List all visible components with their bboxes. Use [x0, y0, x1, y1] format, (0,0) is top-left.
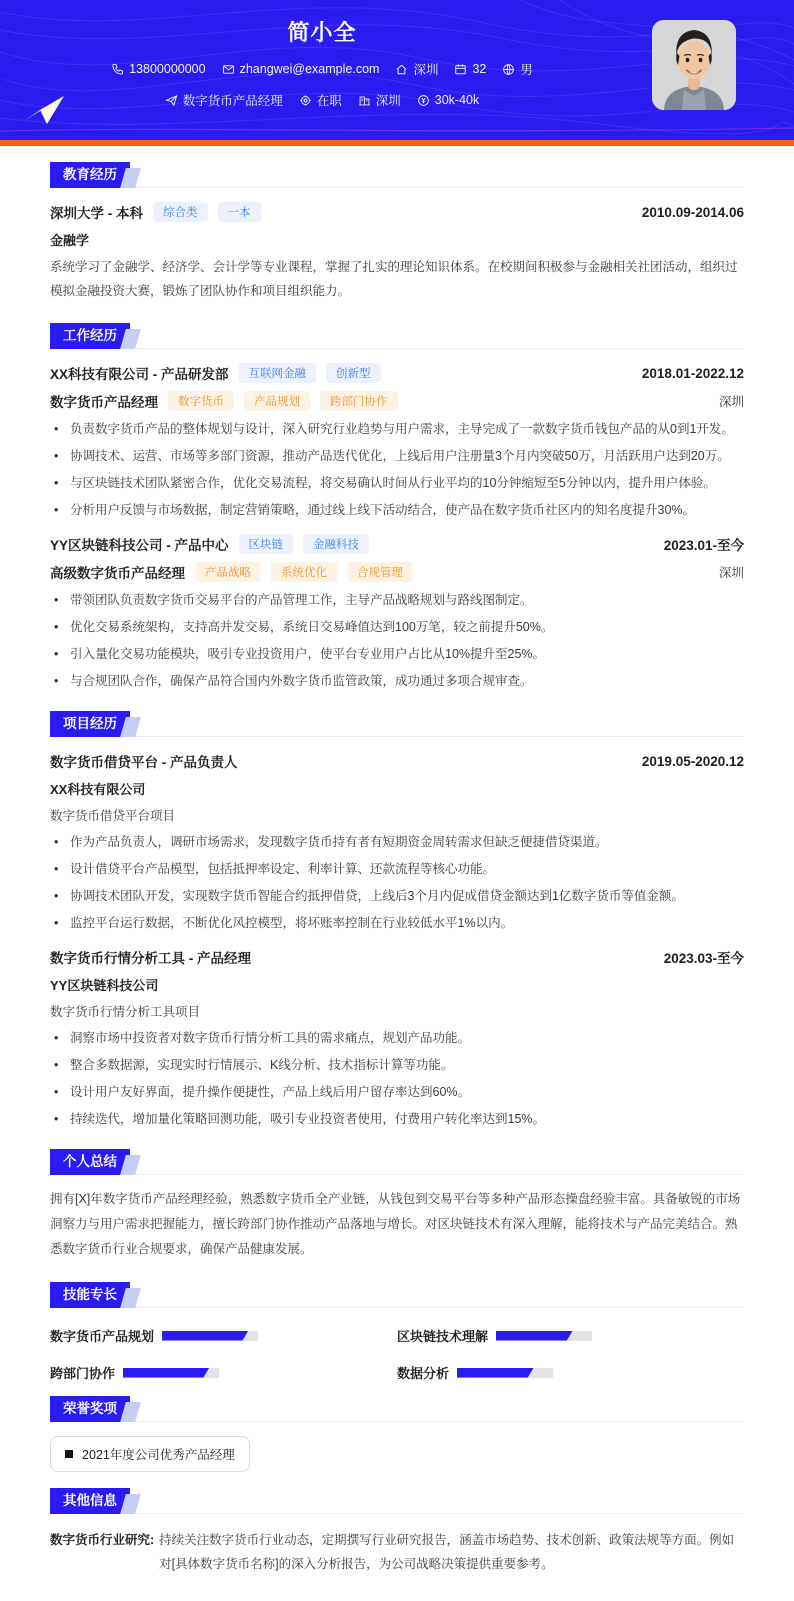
project-company: XX科技有限公司 [50, 779, 744, 798]
other-info-text: 持续关注数字货币行业动态，定期撰写行业研究报告，涵盖市场趋势、技术创新、政策法规… [159, 1528, 744, 1576]
section-badge-education: 教育经历 [50, 162, 130, 188]
section-summary: 个人总结 [50, 1149, 744, 1175]
work-bullet-list: 负责数字货币产品的整体规划与设计，深入研究行业趋势与用户需求，主导完成了一款数字… [50, 419, 744, 520]
skill-name: 跨部门协作 [50, 1363, 115, 1382]
skill-bar-fill [162, 1331, 248, 1341]
accent-divider [0, 140, 794, 146]
contact-age: 32 [454, 62, 486, 76]
age-icon [454, 63, 467, 76]
project-subtitle: 数字货币借贷平台项目 [50, 806, 744, 824]
skill-bar-fill [123, 1368, 209, 1378]
skill-bar [457, 1368, 553, 1378]
project-bullet-list: 作为产品负责人，调研市场需求，发现数字货币持有者有短期资金周转需求但缺乏便捷借贷… [50, 832, 744, 933]
contact-salary: 30k-40k [417, 93, 479, 107]
school-name: 深圳大学 - 本科 [50, 202, 143, 222]
skill-bar [496, 1331, 592, 1341]
position-icon [165, 94, 178, 107]
project-bullet-list: 洞察市场中投资者对数字货币行情分析工具的需求痛点，规划产品功能。 整合多数据源，… [50, 1028, 744, 1129]
job-tag: 产品战略 [195, 562, 261, 582]
contact-status: 在职 [299, 91, 342, 109]
status-icon [299, 94, 312, 107]
city-icon [358, 94, 371, 107]
section-skills: 技能专长 [50, 1282, 744, 1308]
resume-body: 教育经历 深圳大学 - 本科 综合类 一本 2010.09-2014.06 金融… [0, 162, 794, 1576]
salary-icon [417, 94, 430, 107]
project-entry-header: 数字货币借贷平台 - 产品负责人 2019.05-2020.12 [50, 751, 744, 771]
skill-name: 数据分析 [397, 1363, 449, 1382]
skills-grid: 数字货币产品规划 区块链技术理解 跨部门协作 数据分析 [50, 1326, 744, 1382]
project-title: 数字货币行情分析工具 - 产品经理 [50, 947, 251, 967]
contact-row-1: 13800000000 zhangwei@example.com 深圳 32 男 [60, 60, 584, 78]
company-tag: 区块链 [239, 534, 294, 554]
mail-icon [222, 63, 235, 76]
other-info-row: 数字货币行业研究: 持续关注数字货币行业动态，定期撰写行业研究报告，涵盖市场趋势… [50, 1528, 744, 1576]
skill-item: 区块链技术理解 [397, 1326, 744, 1345]
section-badge-skills: 技能专长 [50, 1282, 130, 1308]
education-description: 系统学习了金融学、经济学、会计学等专业课程，掌握了扎实的理论知识体系。在校期间积… [50, 255, 744, 303]
section-badge-other: 其他信息 [50, 1488, 130, 1514]
project-date: 2023.03-至今 [664, 947, 744, 967]
work-bullet: 协调技术、运营、市场等多部门资源，推动产品迭代优化，上线后用户注册量3个月内突破… [50, 446, 744, 466]
skill-bar [162, 1331, 258, 1341]
project-entry-header: 数字货币行情分析工具 - 产品经理 2023.03-至今 [50, 947, 744, 967]
job-tag: 合规管理 [347, 562, 413, 582]
other-info-label: 数字货币行业研究: [50, 1528, 154, 1576]
summary-text: 拥有[X]年数字货币产品经理经验，熟悉数字货币全产业链，从钱包到交易平台等多种产… [50, 1187, 744, 1262]
job-location: 深圳 [719, 392, 744, 410]
project-bullet: 设计借贷平台产品模型，包括抵押率设定、利率计算、还款流程等核心功能。 [50, 859, 744, 879]
project-title: 数字货币借贷平台 - 产品负责人 [50, 751, 238, 771]
company-tag: 创新型 [326, 363, 381, 383]
work-date: 2018.01-2022.12 [642, 366, 744, 381]
work-bullet: 带领团队负责数字货币交易平台的产品管理工作，主导产品战略规划与路线图制定。 [50, 590, 744, 610]
skill-item: 数字货币产品规划 [50, 1326, 397, 1345]
work-bullet: 分析用户反馈与市场数据，制定营销策略，通过线上线下活动结合，使产品在数字货币社区… [50, 500, 744, 520]
education-tag: 一本 [218, 202, 261, 222]
section-work: 工作经历 [50, 323, 744, 349]
job-tag: 产品规划 [244, 391, 310, 411]
home-icon [395, 63, 408, 76]
education-entry-header: 深圳大学 - 本科 综合类 一本 2010.09-2014.06 [50, 202, 744, 222]
section-education: 教育经历 [50, 162, 744, 188]
gender-icon [502, 63, 515, 76]
skill-item: 跨部门协作 [50, 1363, 397, 1382]
section-badge-summary: 个人总结 [50, 1149, 130, 1175]
skill-bar-fill [496, 1331, 573, 1341]
company-tag: 互联网金融 [239, 363, 317, 383]
contact-phone: 13800000000 [111, 62, 205, 76]
education-major: 金融学 [50, 230, 744, 249]
work-entry-header: XX科技有限公司 - 产品研发部 互联网金融 创新型 2018.01-2022.… [50, 363, 744, 383]
phone-icon [111, 63, 124, 76]
skill-bar [123, 1368, 219, 1378]
project-bullet: 协调技术团队开发，实现数字货币智能合约抵押借贷，上线后3个月内促成借贷金额达到1… [50, 886, 744, 906]
job-tag: 跨部门协作 [320, 391, 398, 411]
work-entry-subheader: 高级数字货币产品经理 产品战略 系统优化 合规管理 深圳 [50, 562, 744, 582]
job-title: 高级数字货币产品经理 [50, 562, 185, 582]
work-bullet: 优化交易系统架构，支持高并发交易，系统日交易峰值达到100万笔，较之前提升50%… [50, 617, 744, 637]
job-title: 数字货币产品经理 [50, 391, 158, 411]
project-bullet: 设计用户友好界面，提升操作便捷性，产品上线后用户留存率达到60%。 [50, 1082, 744, 1102]
skill-name: 数字货币产品规划 [50, 1326, 154, 1345]
work-bullet: 引入量化交易功能模块，吸引专业投资用户，使平台专业用户占比从10%提升至25%。 [50, 644, 744, 664]
work-bullet: 负责数字货币产品的整体规划与设计，深入研究行业趋势与用户需求，主导完成了一款数字… [50, 419, 744, 439]
candidate-photo [652, 20, 736, 110]
education-tag: 综合类 [153, 202, 208, 222]
skill-bar-fill [457, 1368, 534, 1378]
header-center-block: 简小全 13800000000 zhangwei@example.com 深圳 … [60, 16, 584, 109]
project-date: 2019.05-2020.12 [642, 754, 744, 769]
section-badge-honors: 荣誉奖项 [50, 1396, 130, 1422]
work-bullet: 与合规团队合作，确保产品符合国内外数字货币监管政策，成功通过多项合规审查。 [50, 671, 744, 691]
project-bullet: 作为产品负责人，调研市场需求，发现数字货币持有者有短期资金周转需求但缺乏便捷借贷… [50, 832, 744, 852]
contact-city: 深圳 [358, 91, 401, 109]
skill-name: 区块链技术理解 [397, 1326, 488, 1345]
work-entry-subheader: 数字货币产品经理 数字货币 产品规划 跨部门协作 深圳 [50, 391, 744, 411]
contact-email: zhangwei@example.com [222, 62, 380, 76]
resume-header: 简小全 13800000000 zhangwei@example.com 深圳 … [0, 0, 794, 140]
work-date: 2023.01-至今 [664, 534, 744, 554]
contact-position: 数字货币产品经理 [165, 91, 283, 109]
contact-row-2: 数字货币产品经理 在职 深圳 30k-40k [60, 91, 584, 109]
avatar [652, 20, 736, 110]
job-tag: 系统优化 [271, 562, 337, 582]
project-bullet: 整合多数据源，实现实时行情展示、K线分析、技术指标计算等功能。 [50, 1055, 744, 1075]
education-date: 2010.09-2014.06 [642, 205, 744, 220]
section-badge-work: 工作经历 [50, 323, 130, 349]
contact-location: 深圳 [395, 60, 438, 78]
work-bullet: 与区块链技术团队紧密合作，优化交易流程，将交易确认时间从行业平均的10分钟缩短至… [50, 473, 744, 493]
project-bullet: 洞察市场中投资者对数字货币行情分析工具的需求痛点，规划产品功能。 [50, 1028, 744, 1048]
company-tag: 金融科技 [303, 534, 369, 554]
contact-gender: 男 [502, 60, 533, 78]
honor-text: 2021年度公司优秀产品经理 [82, 1445, 235, 1463]
section-honors: 荣誉奖项 [50, 1396, 744, 1422]
candidate-name: 简小全 [60, 16, 584, 47]
work-entry-header: YY区块链科技公司 - 产品中心 区块链 金融科技 2023.01-至今 [50, 534, 744, 554]
project-company: YY区块链科技公司 [50, 975, 744, 994]
job-tag: 数字货币 [168, 391, 234, 411]
job-location: 深圳 [719, 563, 744, 581]
company-name: XX科技有限公司 - 产品研发部 [50, 363, 229, 383]
section-badge-projects: 项目经历 [50, 711, 130, 737]
section-other: 其他信息 [50, 1488, 744, 1514]
project-bullet: 监控平台运行数据，不断优化风控模型，将坏账率控制在行业较低水平1%以内。 [50, 913, 744, 933]
skill-item: 数据分析 [397, 1363, 744, 1382]
project-bullet: 持续迭代，增加量化策略回测功能，吸引专业投资者使用，付费用户转化率达到15%。 [50, 1109, 744, 1129]
work-bullet-list: 带领团队负责数字货币交易平台的产品管理工作，主导产品战略规划与路线图制定。 优化… [50, 590, 744, 691]
paper-plane-graphic [24, 96, 64, 124]
project-subtitle: 数字货币行情分析工具项目 [50, 1002, 744, 1020]
company-name: YY区块链科技公司 - 产品中心 [50, 534, 229, 554]
section-projects: 项目经历 [50, 711, 744, 737]
honor-item: 2021年度公司优秀产品经理 [50, 1436, 250, 1472]
square-bullet-icon [65, 1450, 73, 1458]
